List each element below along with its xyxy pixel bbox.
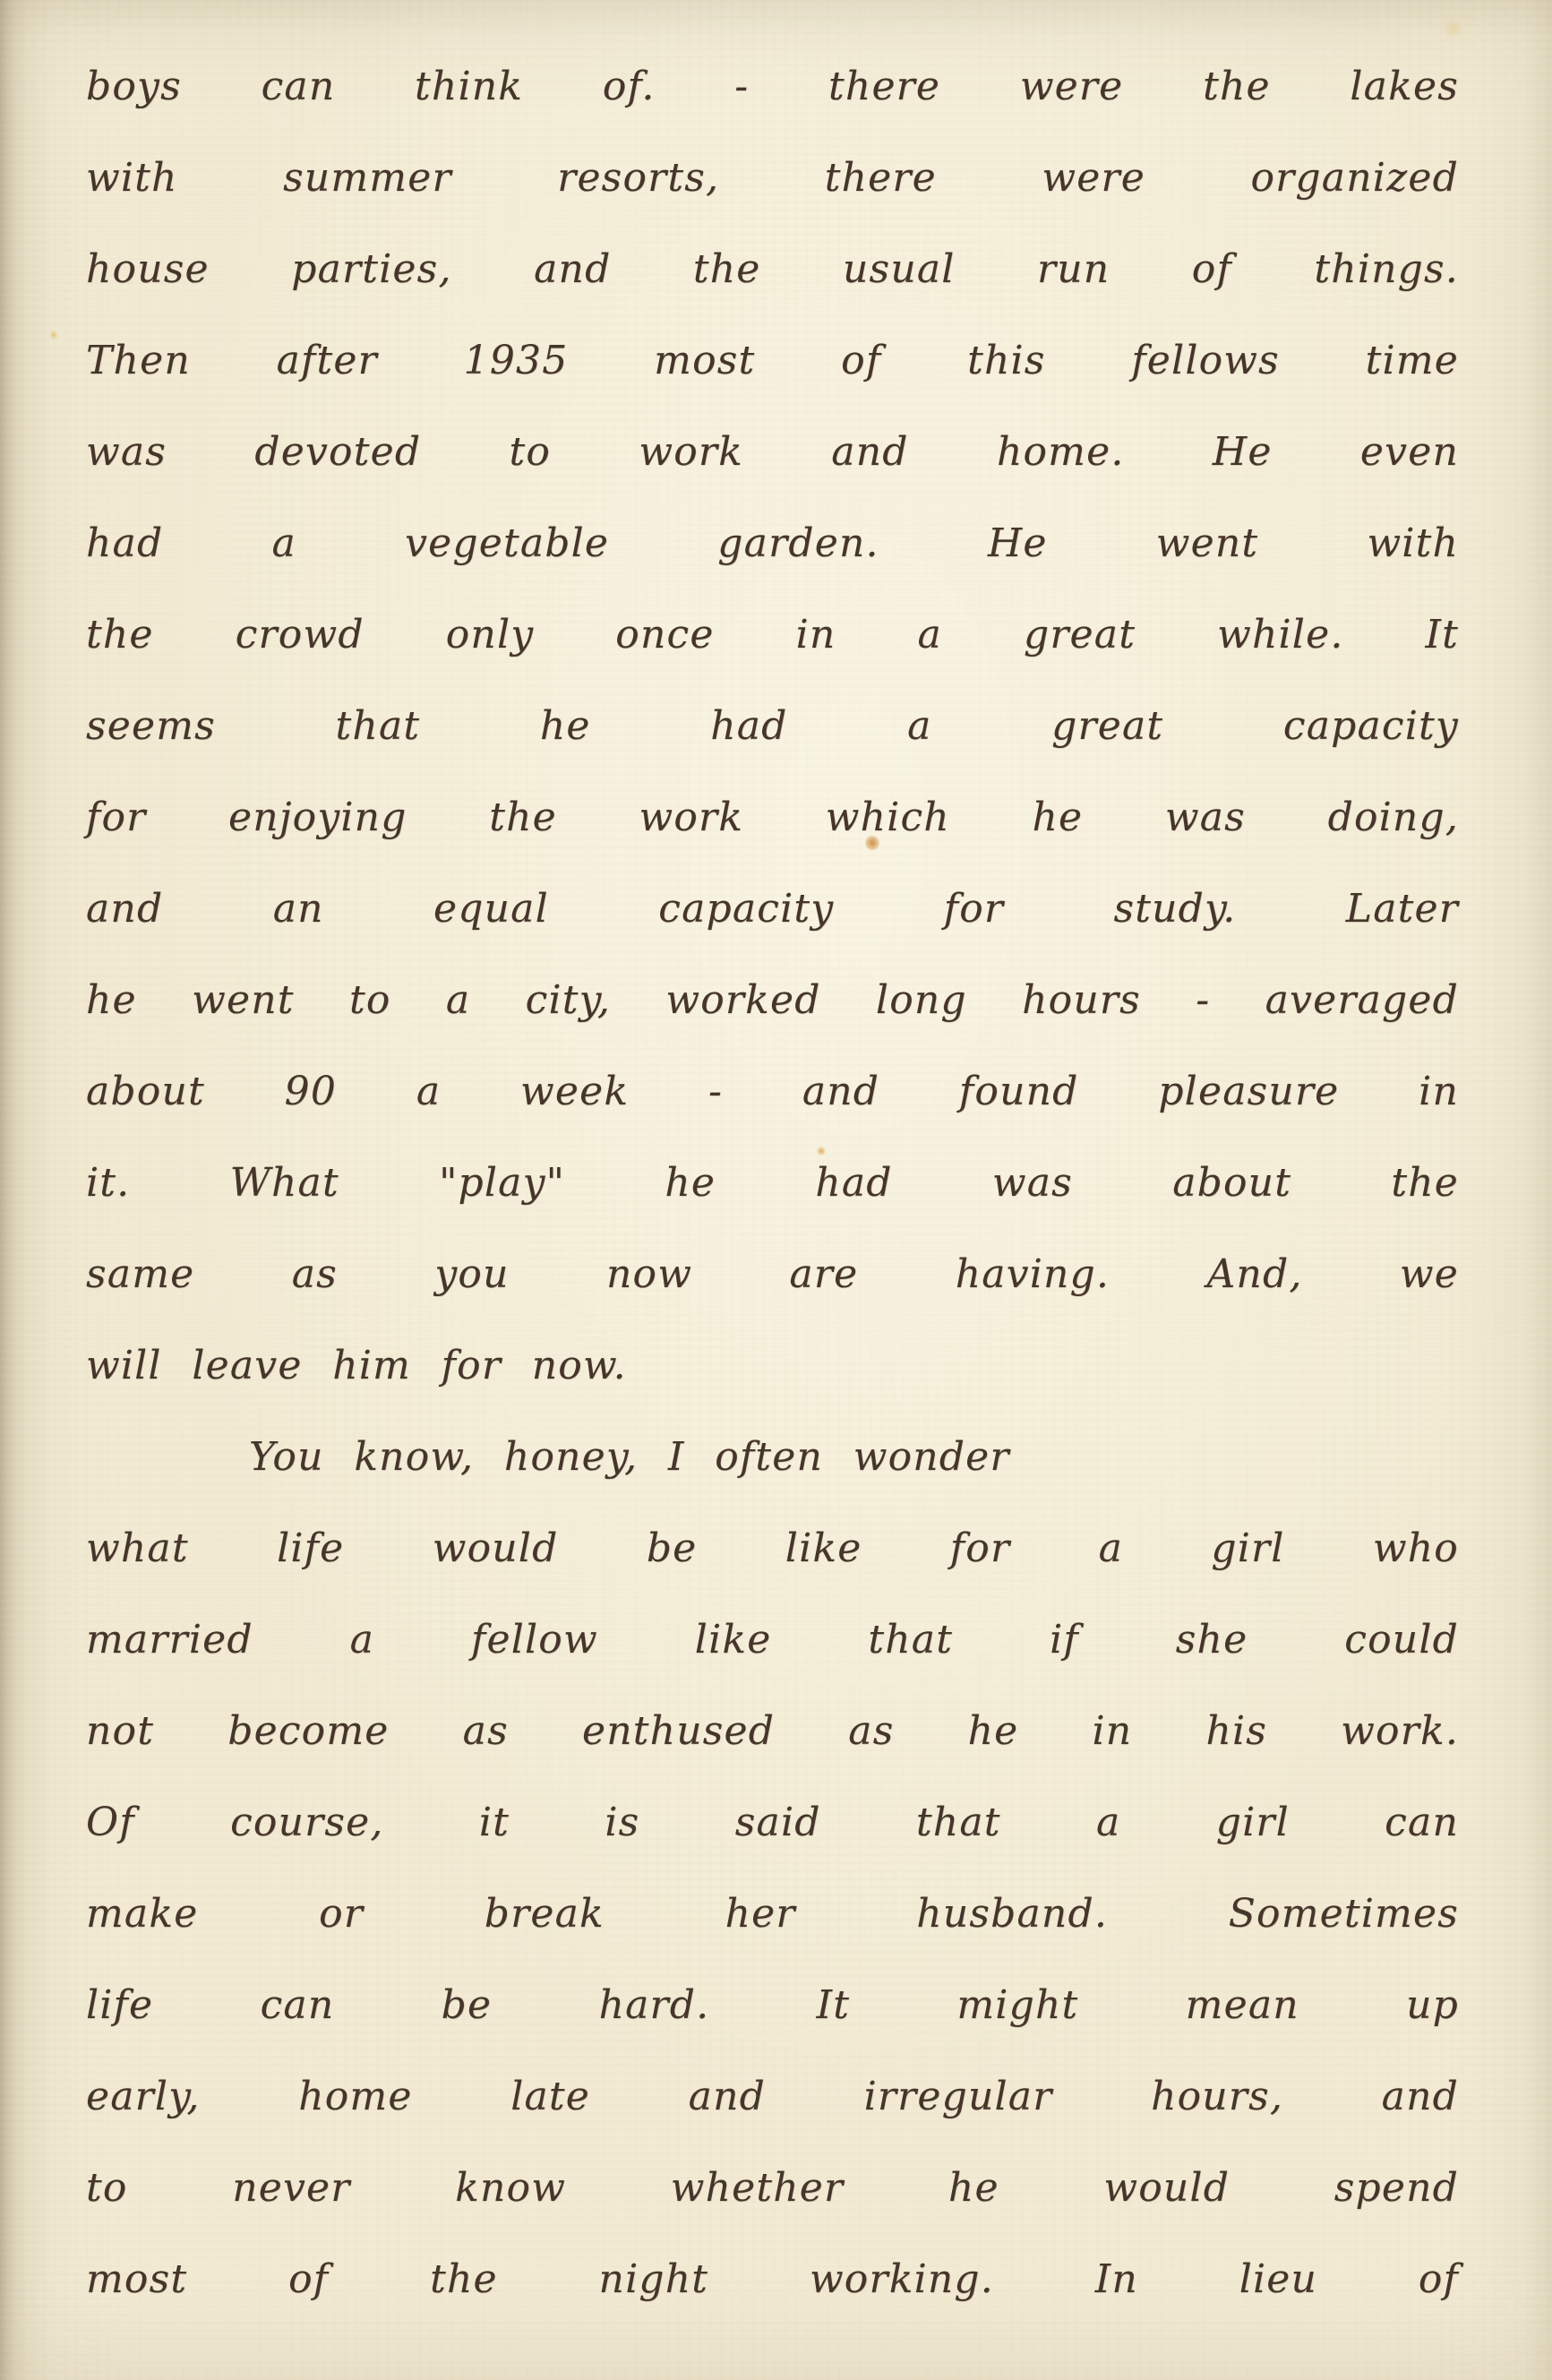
letter-page: boys can think of. - there were the lake…: [0, 0, 1552, 2380]
handwritten-line: life can be hard. It might mean up: [0, 1960, 1552, 2051]
handwritten-line: married a fellow like that if she could: [0, 1594, 1552, 1686]
handwritten-line: the crowd only once in a great while. It: [0, 589, 1552, 681]
handwritten-line: was devoted to work and home. He even: [0, 407, 1552, 498]
handwritten-line: seems that he had a great capacity: [0, 681, 1552, 772]
letter-body: boys can think of. - there were the lake…: [0, 41, 1552, 2325]
handwritten-line: You know, honey, I often wonder: [0, 1412, 1552, 1503]
handwritten-line: what life would be like for a girl who: [0, 1503, 1552, 1594]
handwritten-line: most of the night working. In lieu of: [0, 2234, 1552, 2325]
handwritten-line: to never know whether he would spend: [0, 2143, 1552, 2234]
handwritten-line: make or break her husband. Sometimes: [0, 1869, 1552, 1960]
handwritten-line: will leave him for now.: [0, 1320, 1552, 1412]
handwritten-line: and an equal capacity for study. Later: [0, 864, 1552, 955]
handwritten-line: same as you now are having. And, we: [0, 1229, 1552, 1320]
handwritten-line: with summer resorts, there were organize…: [0, 133, 1552, 224]
handwritten-line: he went to a city, worked long hours - a…: [0, 955, 1552, 1046]
handwritten-line: boys can think of. - there were the lake…: [0, 41, 1552, 133]
handwritten-line: for enjoying the work which he was doing…: [0, 772, 1552, 864]
handwritten-line: early, home late and irregular hours, an…: [0, 2051, 1552, 2143]
handwritten-line: Then after 1935 most of this fellows tim…: [0, 315, 1552, 407]
handwritten-line: it. What "play" he had was about the: [0, 1138, 1552, 1229]
handwritten-line: not become as enthused as he in his work…: [0, 1686, 1552, 1777]
handwritten-line: house parties, and the usual run of thin…: [0, 224, 1552, 315]
handwritten-line: about 90 a week - and found pleasure in: [0, 1046, 1552, 1138]
handwritten-line: had a vegetable garden. He went with: [0, 498, 1552, 589]
paper-stain: [1442, 20, 1465, 38]
handwritten-line: Of course, it is said that a girl can: [0, 1777, 1552, 1869]
